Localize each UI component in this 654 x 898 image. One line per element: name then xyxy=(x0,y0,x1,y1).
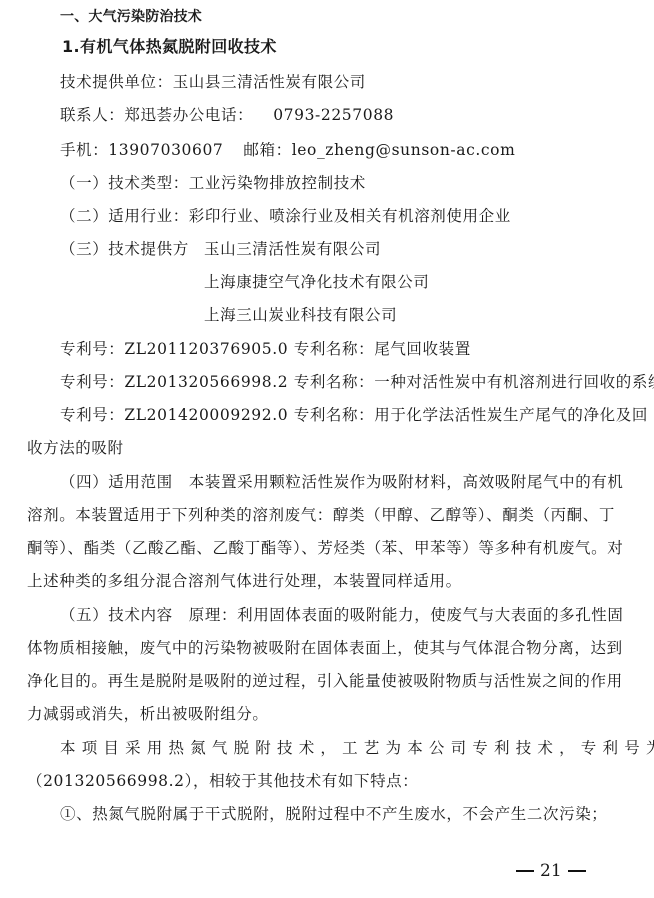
email-address: 邮箱：leo_zheng@sunson-ac.com xyxy=(243,141,515,159)
content-paragraph-line: （五）技术内容 原理：利用固体表面的吸附能力，使废气与大表面的多孔性固 xyxy=(60,605,624,625)
document-page: 一、大气污染防治技术 1.有机气体热氮脱附回收技术 技术提供单位：玉山县三清活性… xyxy=(0,0,654,898)
provider-company: 上海三山炭业科技有限公司 xyxy=(204,305,397,325)
section-heading: 一、大气污染防治技术 xyxy=(60,7,202,27)
mobile-line: 手机：13907030607邮箱：leo_zheng@sunson-ac.com xyxy=(60,140,515,160)
patent-line: 专利号：ZL201320566998.2 专利名称：一种对活性炭中有机溶剂进行回… xyxy=(60,372,654,392)
content-paragraph-line: 净化目的。再生是脱附是吸附的逆过程，引入能量使被吸附物质与活性炭之间的作用 xyxy=(27,671,623,691)
scope-paragraph-line: （四）适用范围 本装置采用颗粒活性炭作为吸附材料，高效吸附尾气中的有机 xyxy=(60,472,624,492)
content-paragraph-line: 力减弱或消失，析出被吸附组分。 xyxy=(27,704,269,724)
provider-company: 玉山三清活性炭有限公司 xyxy=(204,239,381,259)
footer-dash-right xyxy=(568,870,586,872)
applicable-industry: （二）适用行业：彩印行业、喷涂行业及相关有机溶剂使用企业 xyxy=(60,206,511,226)
project-paragraph-line: （201320566998.2），相较于其他技术有如下特点： xyxy=(27,771,418,791)
patent-line: 专利号：ZL201120376905.0 专利名称：尾气回收装置 xyxy=(60,339,471,359)
providers-label: （三）技术提供方 xyxy=(60,239,189,259)
page-number: 21 xyxy=(540,861,562,881)
scope-paragraph-line: 上述种类的多组分混合溶剂气体进行处理，本装置同样适用。 xyxy=(27,571,462,591)
contact-label: 联系人：郑迅荟办公电话： xyxy=(60,106,253,124)
page-footer: 21 xyxy=(510,861,592,881)
patent-line-continued: 收方法的吸附 xyxy=(27,438,124,458)
subsection-heading: 1.有机气体热氮脱附回收技术 xyxy=(62,37,277,57)
provider-unit: 技术提供单位：玉山县三清活性炭有限公司 xyxy=(60,72,366,92)
project-paragraph-line: 本项目采用热氮气脱附技术，工艺为本公司专利技术，专利号为 xyxy=(60,738,654,758)
scope-paragraph-line: 溶剂。本装置适用于下列种类的溶剂废气：醇类（甲醇、乙醇等）、酮类（丙酮、丁 xyxy=(27,505,615,525)
footer-dash-left xyxy=(516,870,534,872)
office-phone: 0793-2257088 xyxy=(273,106,394,124)
patent-line: 专利号：ZL201420009292.0 专利名称：用于化学法活性炭生产尾气的净… xyxy=(60,405,648,425)
provider-company: 上海康捷空气净化技术有限公司 xyxy=(204,272,429,292)
feature-item: ①、热氮气脱附属于干式脱附，脱附过程中不产生废水，不会产生二次污染； xyxy=(60,804,607,824)
mobile-number: 手机：13907030607 xyxy=(60,141,223,159)
contact-line: 联系人：郑迅荟办公电话：0793-2257088 xyxy=(60,105,394,125)
tech-type: （一）技术类型：工业污染物排放控制技术 xyxy=(60,173,366,193)
scope-paragraph-line: 酮等）、酯类（乙酸乙酯、乙酸丁酯等）、芳烃类（苯、甲苯等）等多种有机废气。对 xyxy=(27,538,623,558)
content-paragraph-line: 体物质相接触，废气中的污染物被吸附在固体表面上，使其与气体混合物分离，达到 xyxy=(27,638,623,658)
